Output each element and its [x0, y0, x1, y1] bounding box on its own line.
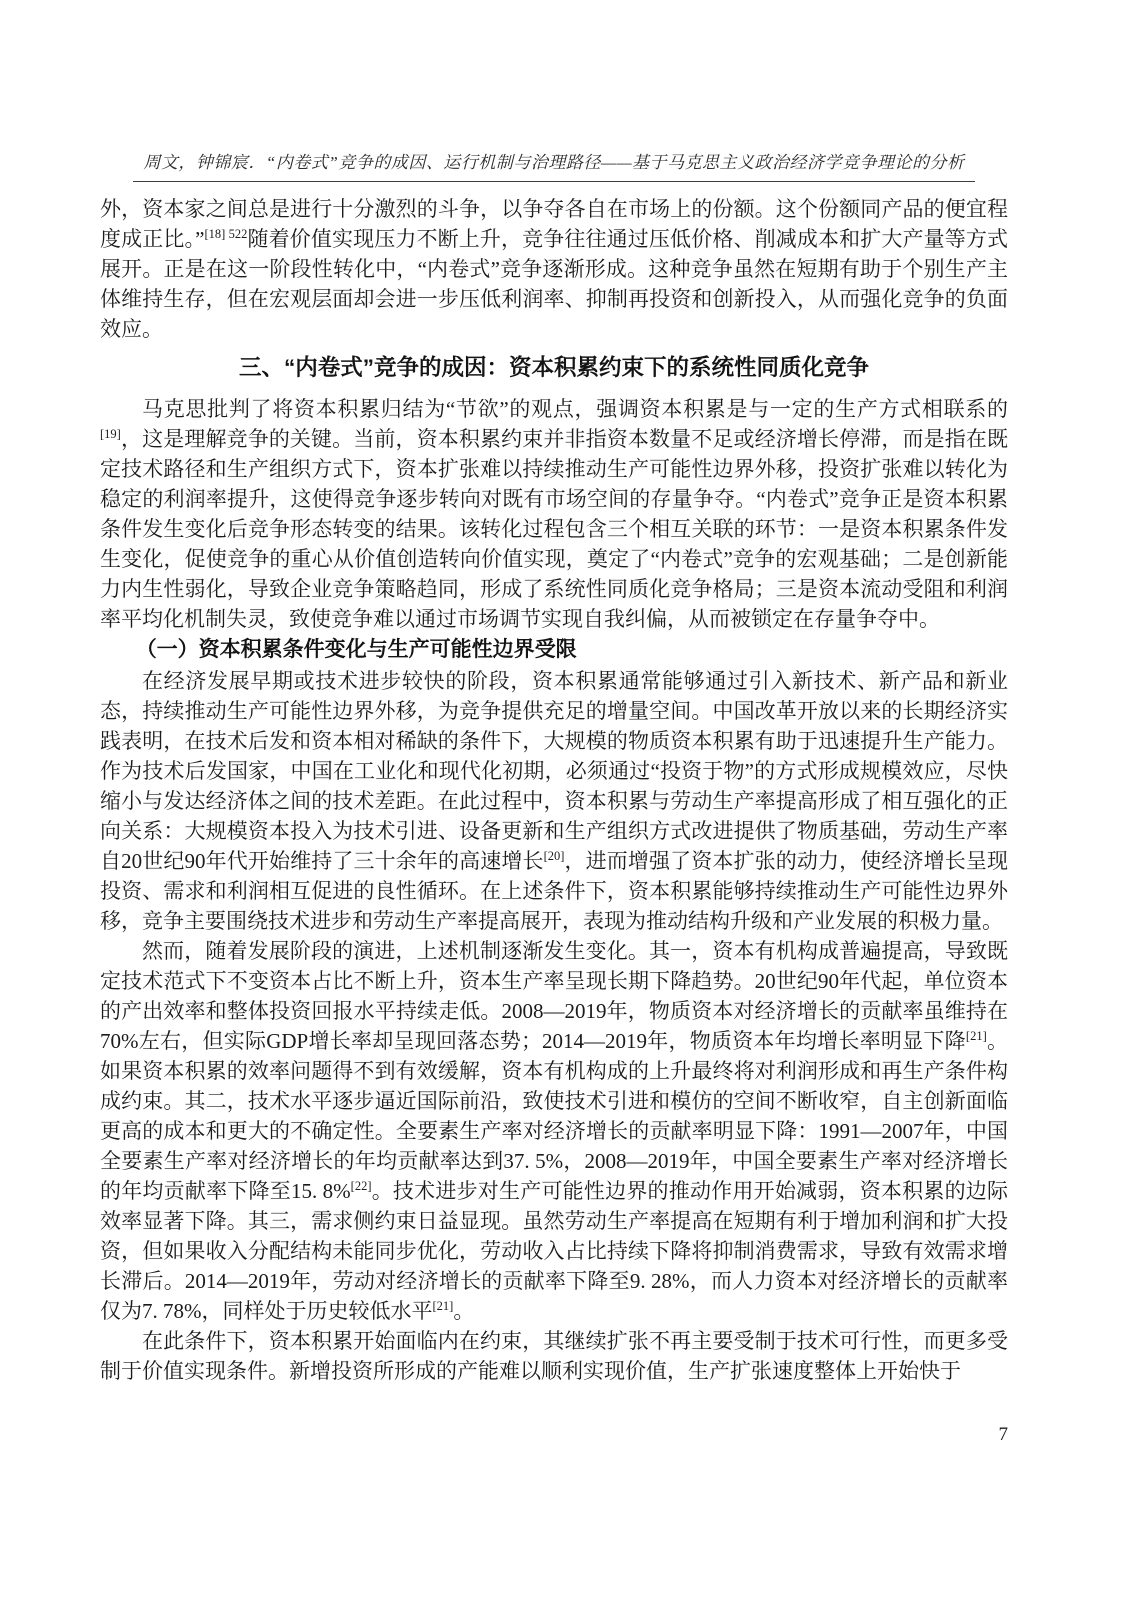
citation-marker: [21]: [966, 1029, 987, 1043]
article-body: 外，资本家之间总是进行十分激烈的斗争，以争夺各自在市场上的份额。这个份额同产品的…: [100, 194, 1008, 1386]
body-paragraph: 马克思批判了将资本积累归结为“节欲”的观点，强调资本积累是与一定的生产方式相联系…: [100, 394, 1008, 634]
document-page: 周文，钟锦宸．“内卷式”竞争的成因、运行机制与治理路径——基于马克思主义政治经济…: [0, 0, 1140, 1600]
citation-marker: [22]: [351, 1179, 372, 1193]
citation-marker: [18] 522: [204, 227, 247, 241]
page-content: 周文，钟锦宸．“内卷式”竞争的成因、运行机制与治理路径——基于马克思主义政治经济…: [100, 0, 1008, 1386]
citation-marker: [21]: [433, 1299, 454, 1313]
citation-marker: [19]: [100, 427, 121, 441]
running-header-row: 周文，钟锦宸．“内卷式”竞争的成因、运行机制与治理路径——基于马克思主义政治经济…: [100, 0, 1008, 182]
body-paragraph: 在经济发展早期或技术进步较快的阶段，资本积累通常能够通过引入新技术、新产品和新业…: [100, 666, 1008, 936]
body-paragraph: 然而，随着发展阶段的演进，上述机制逐渐发生变化。其一，资本有机构成普遍提高，导致…: [100, 936, 1008, 1326]
page-number: 7: [999, 1424, 1009, 1446]
running-header: 周文，钟锦宸．“内卷式”竞争的成因、运行机制与治理路径——基于马克思主义政治经济…: [133, 148, 974, 182]
citation-marker: [20]: [544, 849, 565, 863]
subsection-heading: （一）资本积累条件变化与生产可能性边界受限: [100, 634, 1008, 666]
body-paragraph: 外，资本家之间总是进行十分激烈的斗争，以争夺各自在市场上的份额。这个份额同产品的…: [100, 194, 1008, 344]
body-paragraph: 在此条件下，资本积累开始面临内在约束，其继续扩张不再主要受制于技术可行性，而更多…: [100, 1326, 1008, 1386]
section-heading: 三、“内卷式”竞争的成因：资本积累约束下的系统性同质化竞争: [100, 351, 1008, 385]
